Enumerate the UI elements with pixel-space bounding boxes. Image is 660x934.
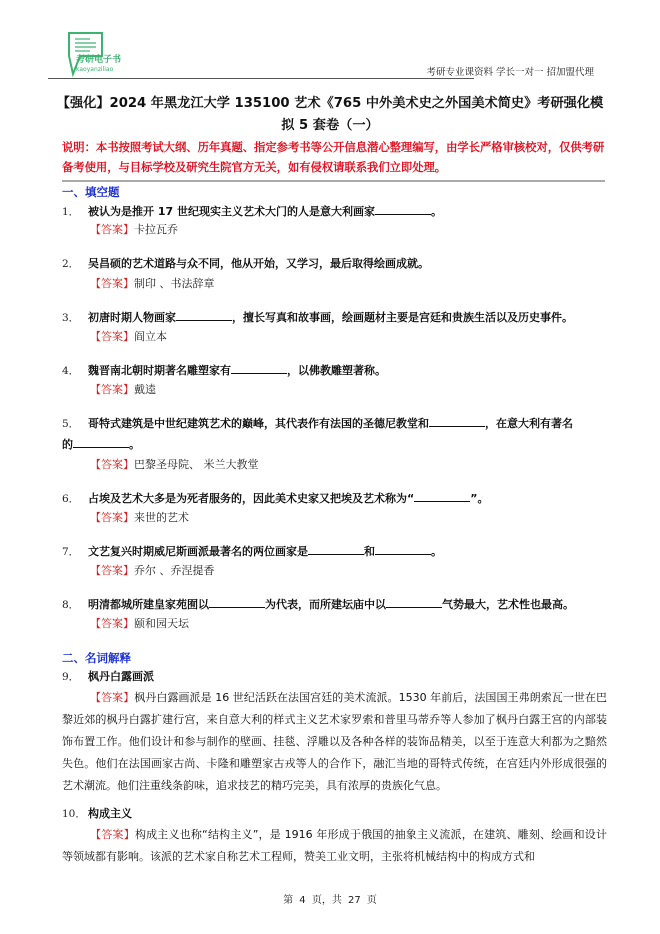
logo-subtext: kaoyanziliao (76, 66, 113, 73)
answer-7: 【答案】乔尔 、乔涅提香 (90, 561, 215, 581)
term-10: 10．构成主义 (62, 804, 607, 824)
answer-2: 【答案】制印 、书法辞章 (90, 274, 215, 294)
answer-3: 【答案】阎立本 (90, 327, 167, 347)
answer-blank (386, 594, 442, 608)
question-2: 2．吴昌硕的艺术道路与众不同，他从开始，又学习，最后取得绘画成就。 (62, 254, 607, 274)
answer-blank (375, 201, 431, 215)
answer-blank (375, 541, 431, 555)
document-title: 【强化】2024 年黑龙江大学 135100 艺术《765 中外美术史之外国美术… (56, 93, 604, 137)
question-4: 4．魏晋南北朝时期著名雕塑家有，以佛教雕塑著称。 (62, 360, 607, 381)
section-heading-fill: 一、填空题 (62, 184, 120, 200)
answer-blank (414, 488, 470, 502)
header-tagline: 考研专业课资料 学长一对一 招加盟代理 (426, 64, 594, 78)
question-7: 7．文艺复兴时期威尼斯画派最著名的两位画家是和。 (62, 541, 607, 562)
answer-blank (209, 594, 265, 608)
disclaimer-notice: 说明：本书按照考试大纲、历年真题、指定参考书等公开信息潜心整理编写，由学长严格审… (62, 138, 605, 178)
notice-divider (62, 180, 605, 182)
term-9-answer: 【答案】枫丹白露画派是 16 世纪活跃在法国宫廷的美术流派。1530 年前后，法… (62, 687, 607, 797)
term-9: 9．枫丹白露画派 (62, 667, 607, 687)
logo-text: 考研电子书 (76, 56, 121, 65)
answer-blank (429, 413, 485, 427)
answer-blank (73, 434, 129, 448)
section-heading-terms: 二、名词解释 (62, 650, 131, 666)
answer-blank (231, 360, 287, 374)
question-5: 5．哥特式建筑是中世纪建筑艺术的巅峰，其代表作有法国的圣德尼教堂和，在意大利有著… (62, 413, 607, 455)
question-6: 6．占埃及艺术大多是为死者服务的，因此美术史家又把埃及艺术称为“”。 (62, 488, 607, 509)
question-3: 3．初唐时期人物画家，擅长写真和故事画，绘画题材主要是宫廷和贵族生活以及历史事件… (62, 307, 607, 328)
page-number: 第 4 页，共 27 页 (0, 891, 660, 906)
question-8: 8．明清都城所建皇家苑囿以为代表，而所建坛庙中以气势最大，艺术性也最高。 (62, 594, 607, 615)
answer-blank (308, 541, 364, 555)
term-10-answer: 【答案】构成主义也称“结构主义”，是 1916 年形成于俄国的抽象主义流派，在建… (62, 824, 607, 868)
answer-1: 【答案】卡拉瓦乔 (90, 220, 178, 240)
answer-6: 【答案】来世的艺术 (90, 508, 189, 528)
answer-8: 【答案】颐和园天坛 (90, 614, 189, 634)
answer-4: 【答案】戴逵 (90, 380, 156, 400)
answer-5: 【答案】巴黎圣母院、 米兰大教堂 (90, 455, 259, 475)
header-divider (48, 78, 474, 79)
question-1: 1．被认为是推开 17 世纪现实主义艺术大门的人是意大利画家。 (62, 201, 607, 222)
answer-blank (176, 307, 232, 321)
